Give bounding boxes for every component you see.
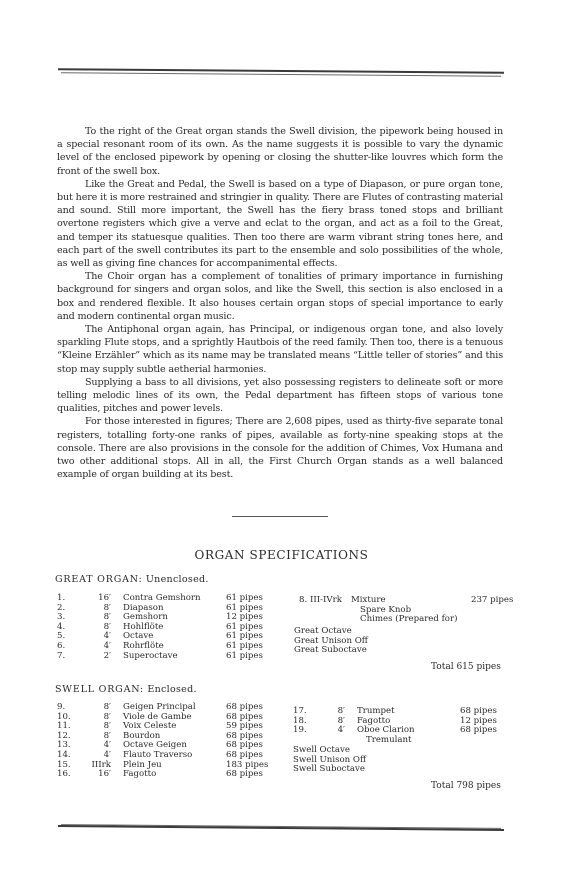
tremulant: Tremulant xyxy=(366,736,411,746)
specifications-title: ORGAN SPECIFICATIONS xyxy=(0,548,563,562)
stop-pitch: 4′ xyxy=(81,632,123,642)
stop-name: Superoctave xyxy=(123,652,226,662)
stop-name: Fagotto xyxy=(123,770,226,780)
swell-right-stops-list: 17.8′Trumpet68 pipes18.8′Fagotto12 pipes… xyxy=(293,707,510,736)
coupler: Great Suboctave xyxy=(294,646,368,656)
stop-pitch: 8′ xyxy=(81,722,123,732)
stop-pitch: 16′ xyxy=(81,594,123,604)
stop-number: 8. xyxy=(299,595,307,605)
stop-number: 16. xyxy=(57,770,81,780)
swell-stops-list: 9.8′Geigen Principal68 pipes10.8′Viole d… xyxy=(57,703,286,780)
paragraph: The Antiphonal organ again, has Principa… xyxy=(57,323,503,376)
stop-pipes: 61 pipes xyxy=(226,652,286,662)
stop-pitch: 8′ xyxy=(81,623,123,633)
stop-row: 16.16′Fagotto68 pipes xyxy=(57,770,286,780)
paragraph: For those interested in figures; There a… xyxy=(57,415,503,481)
top-double-rule xyxy=(58,68,504,77)
stop-pitch: III-IVrk xyxy=(310,595,342,605)
bottom-double-rule xyxy=(58,824,504,833)
stop-pipes: 68 pipes xyxy=(460,726,510,736)
great-organ-enclosure: Unenclosed. xyxy=(146,574,209,585)
stop-pitch: 8′ xyxy=(315,717,357,727)
great-stops-list: 1.16′Contra Gemshorn61 pipes2.8′Diapason… xyxy=(57,594,286,661)
section-divider xyxy=(232,516,328,517)
swell-couplers: Swell Octave Swell Unison Off Swell Subo… xyxy=(293,746,366,775)
stop-pitch: 8′ xyxy=(81,713,123,723)
stop-pitch: 4′ xyxy=(315,726,357,736)
stop-pitch: 4′ xyxy=(81,741,123,751)
stop-pitch: 2′ xyxy=(81,652,123,662)
stop-pitch: 8′ xyxy=(81,703,123,713)
stop-row: 7.2′Superoctave61 pipes xyxy=(57,652,286,662)
mixture-label: 8. III-IVrk xyxy=(299,596,351,606)
paragraph: The Choir organ has a complement of tona… xyxy=(57,270,503,323)
swell-organ-label: SWELL ORGAN: xyxy=(55,684,144,695)
great-mixture-block: 8. III-IVrk Mixture 237 pipes Spare Knob… xyxy=(299,596,501,625)
chimes-prepared: Chimes (Prepared for) xyxy=(299,615,501,625)
stop-pitch: 8′ xyxy=(315,707,357,717)
stop-pitch: 4′ xyxy=(81,642,123,652)
great-couplers: Great Octave Great Unison Off Great Subo… xyxy=(294,627,368,656)
stop-pitch: 8′ xyxy=(81,732,123,742)
stop-pitch: 8′ xyxy=(81,613,123,623)
paragraph: Supplying a bass to all divisions, yet a… xyxy=(57,376,503,416)
swell-total: Total 798 pipes xyxy=(431,781,501,791)
paragraph: Like the Great and Pedal, the Swell is b… xyxy=(57,178,503,270)
stop-number: 19. xyxy=(293,726,315,736)
stop-pitch: 16′ xyxy=(81,770,123,780)
stop-pipes: 237 pipes xyxy=(471,596,501,606)
stop-pitch: 8′ xyxy=(81,604,123,614)
great-organ-heading: GREAT ORGAN: Unenclosed. xyxy=(55,574,209,585)
swell-organ-enclosure: Enclosed. xyxy=(147,684,196,695)
stop-pipes: 68 pipes xyxy=(226,770,286,780)
coupler: Swell Suboctave xyxy=(293,765,366,775)
great-total: Total 615 pipes xyxy=(431,662,501,672)
body-text: To the right of the Great organ stands t… xyxy=(57,125,503,481)
swell-organ-heading: SWELL ORGAN: Enclosed. xyxy=(55,684,197,695)
great-organ-label: GREAT ORGAN: xyxy=(55,574,143,585)
paragraph: To the right of the Great organ stands t… xyxy=(57,125,503,178)
stop-number: 7. xyxy=(57,652,81,662)
